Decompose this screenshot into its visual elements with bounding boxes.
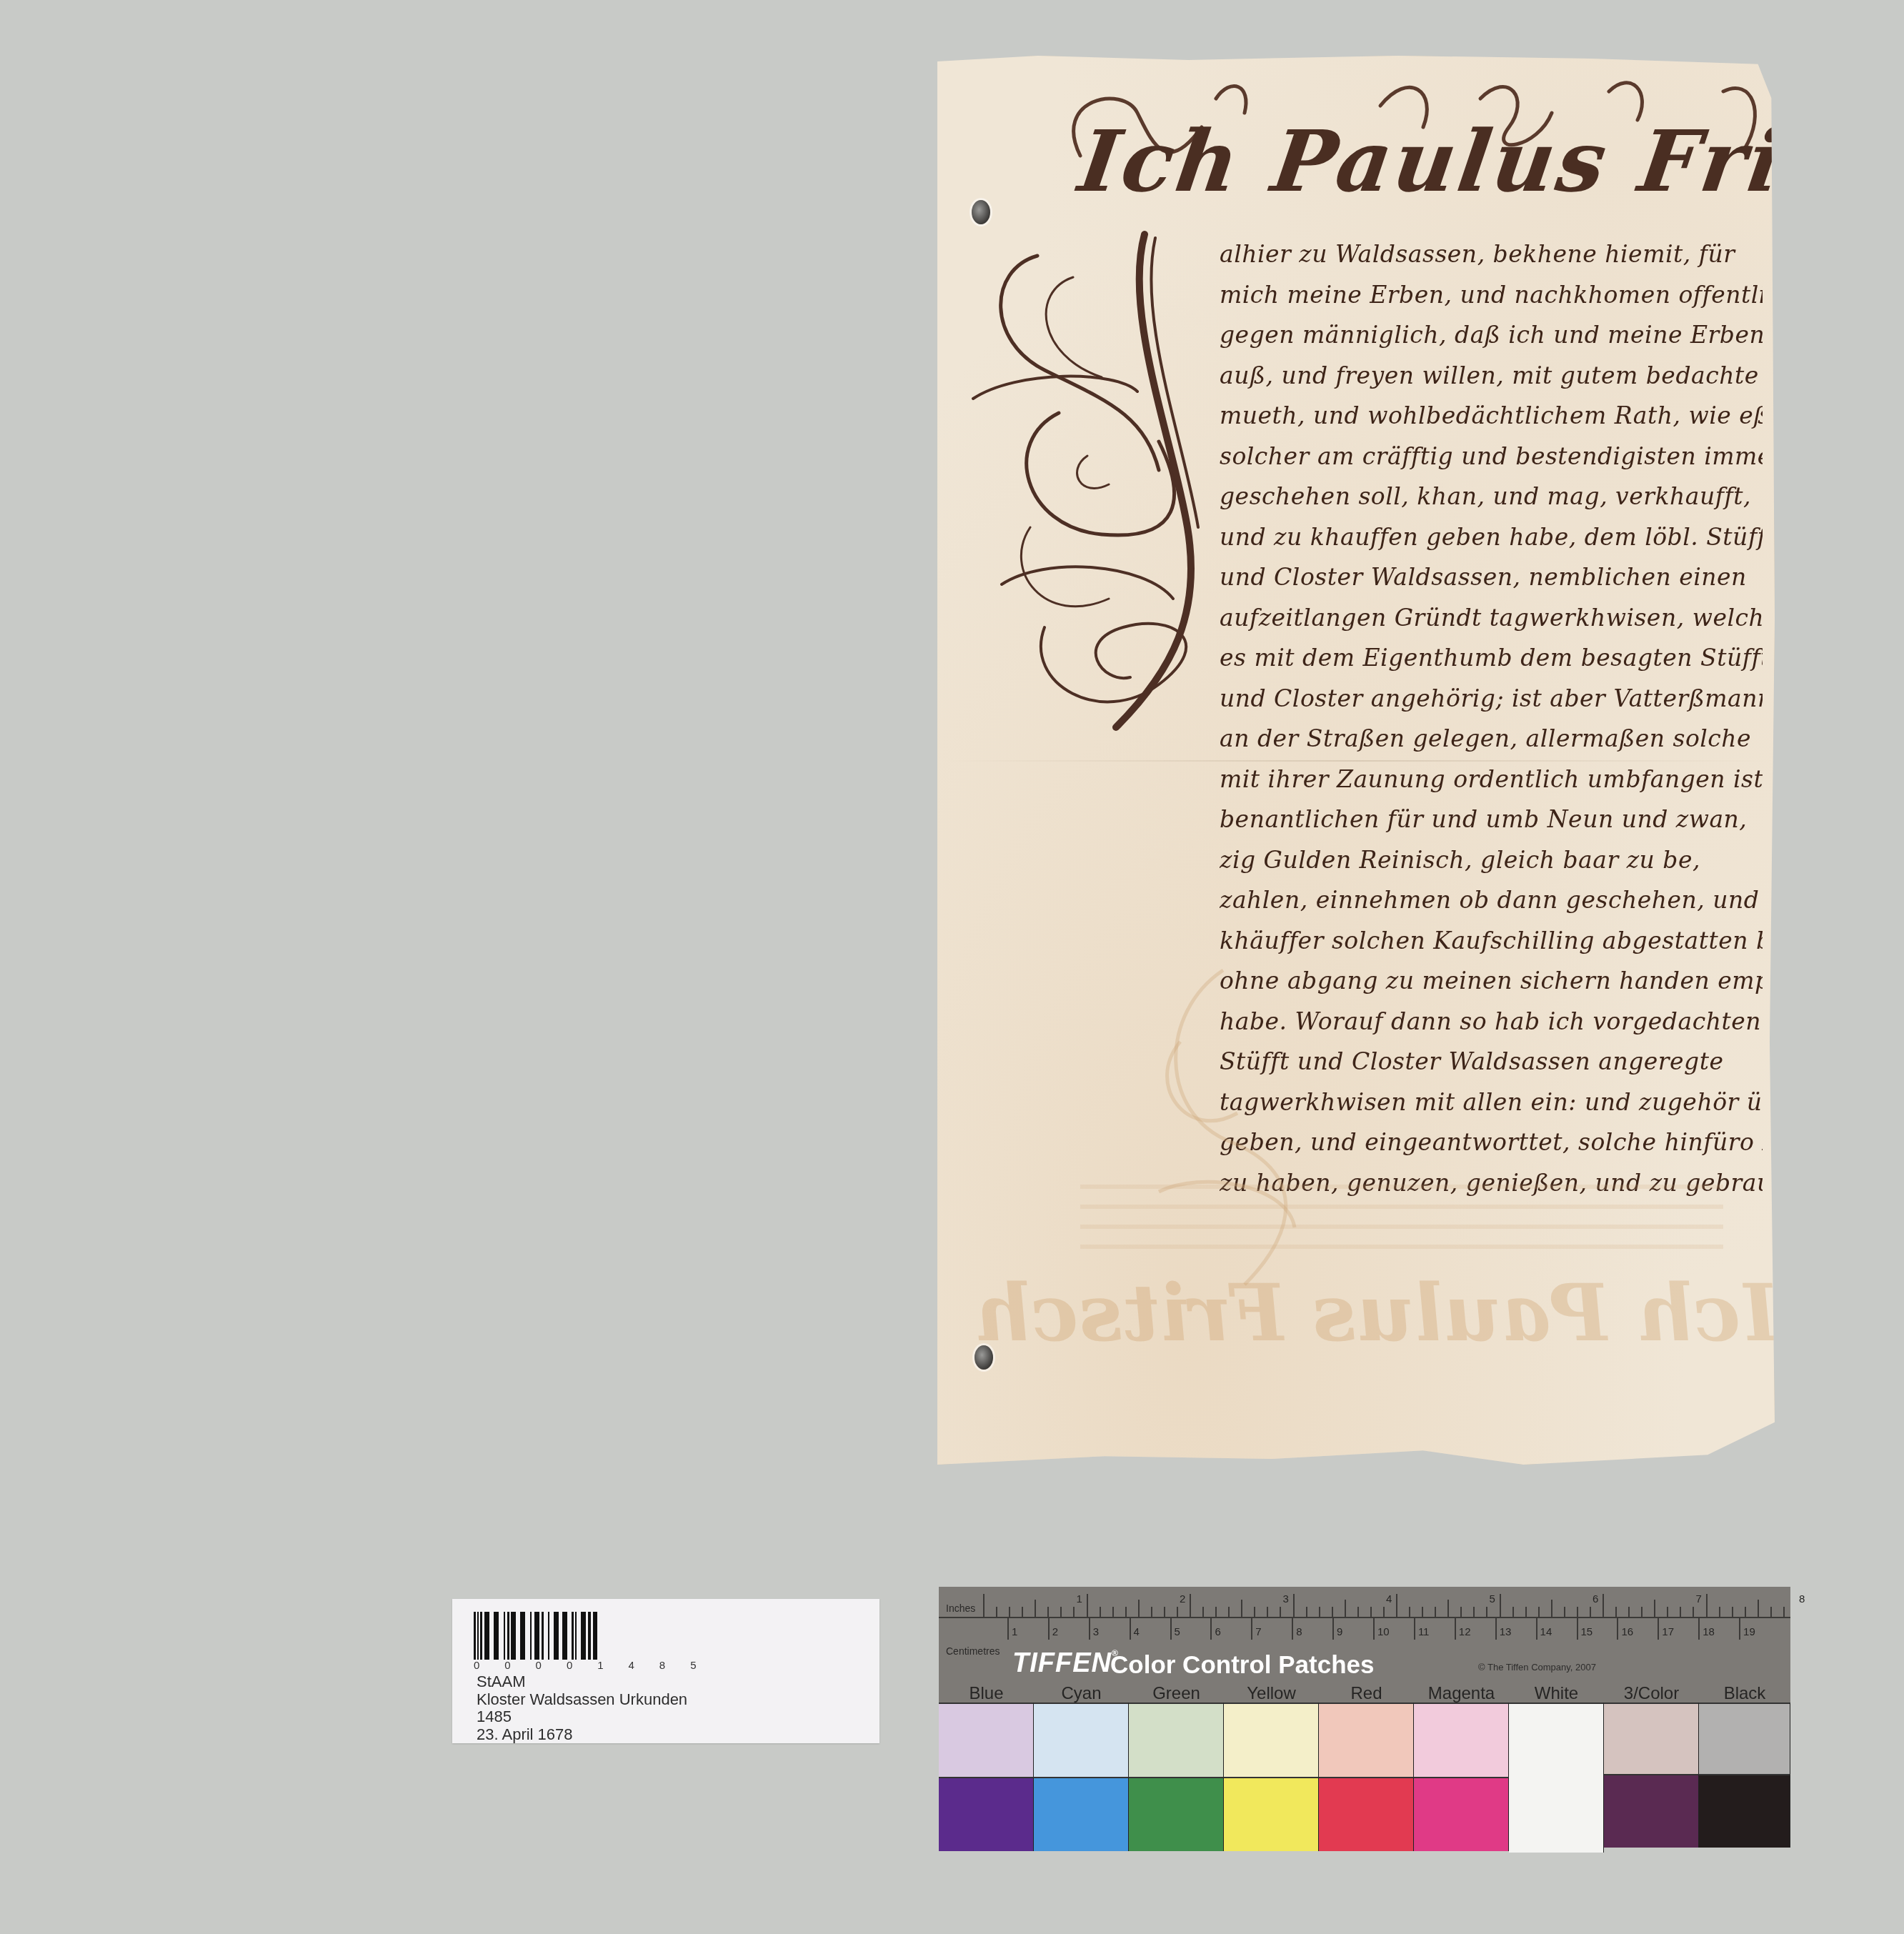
inch-tick — [1241, 1600, 1242, 1617]
inch-tick — [1035, 1600, 1036, 1617]
inch-tick — [1719, 1607, 1720, 1617]
cm-mark: 15 — [1581, 1627, 1593, 1638]
cm-mark: 3 — [1093, 1627, 1099, 1638]
cm-tick — [1048, 1618, 1050, 1640]
patch-3color-dark — [1604, 1774, 1699, 1848]
patch-magenta-dark — [1414, 1777, 1509, 1851]
manuscript-line: mueth, und wohlbedächtlichem Rath, wie e… — [1220, 396, 1763, 437]
barcode-icon — [474, 1612, 615, 1660]
manuscript-line: und zu khauffen geben habe, dem löbl. St… — [1220, 517, 1763, 558]
inch-tick — [1486, 1607, 1487, 1617]
inch-mark: 8 — [1799, 1594, 1805, 1605]
patch-cyan-light — [1034, 1703, 1129, 1777]
color-card-header: Inches Centimetres 12345678 123456789101… — [939, 1587, 1790, 1710]
inch-tick — [1228, 1607, 1230, 1617]
inch-tick — [1732, 1607, 1733, 1617]
cm-tick — [1251, 1618, 1252, 1640]
inch-tick — [1435, 1607, 1436, 1617]
inch-tick — [1512, 1607, 1514, 1617]
inch-mark: 3 — [1283, 1594, 1289, 1605]
manuscript-document: Ich Paulus Fritsch alhier zu Waldsassen,… — [937, 56, 1775, 1465]
patch-green-dark — [1129, 1777, 1224, 1851]
inch-tick — [1164, 1607, 1165, 1617]
cm-tick — [1577, 1618, 1578, 1640]
inch-tick — [1357, 1607, 1359, 1617]
inch-mark: 7 — [1696, 1594, 1702, 1605]
cm-mark: 11 — [1418, 1627, 1430, 1638]
inch-tick — [1022, 1607, 1023, 1617]
cm-mark: 8 — [1296, 1627, 1302, 1638]
inch-mark: 6 — [1593, 1594, 1598, 1605]
manuscript-line: aufzeitlangen Gründt tagwerkhwisen, welc… — [1220, 598, 1763, 639]
inch-mark: 4 — [1386, 1594, 1392, 1605]
manuscript-line: es mit dem Eigenthumb dem besagten Stüff… — [1220, 638, 1763, 679]
inch-tick — [1590, 1607, 1591, 1617]
patch-blue-light — [939, 1703, 1034, 1777]
manuscript-line: geschehen soll, khan, und mag, verkhauff… — [1220, 477, 1763, 517]
inch-tick — [1202, 1607, 1204, 1617]
inch-tick — [1577, 1607, 1578, 1617]
inch-tick — [1319, 1607, 1320, 1617]
inch-tick — [996, 1607, 997, 1617]
manuscript-line: zig Gulden Reinisch, gleich baar zu be, — [1220, 840, 1763, 881]
inch-tick — [1667, 1607, 1668, 1617]
inch-tick — [1538, 1607, 1540, 1617]
inch-tick — [1087, 1594, 1088, 1617]
label-archive: StAAM — [477, 1673, 687, 1691]
label-text: StAAM Kloster Waldsassen Urkunden 1485 2… — [477, 1673, 687, 1743]
patch-red-dark — [1319, 1777, 1414, 1851]
label-number: 1485 — [477, 1708, 687, 1726]
inch-tick — [1706, 1594, 1708, 1617]
inch-tick — [1654, 1600, 1655, 1617]
inch-tick — [1306, 1607, 1307, 1617]
cm-tick — [1617, 1618, 1618, 1640]
cm-mark: 17 — [1662, 1627, 1674, 1638]
tiffen-logo: TIFFEN® — [1012, 1648, 1119, 1679]
inch-tick — [1293, 1594, 1295, 1617]
label-collection: Kloster Waldsassen Urkunden — [477, 1691, 687, 1709]
cm-mark: 18 — [1703, 1627, 1715, 1638]
inch-tick — [1125, 1607, 1127, 1617]
archive-label: 0 0 0 0 1 4 8 5 StAAM Kloster Waldsassen… — [452, 1599, 879, 1743]
inch-tick — [1500, 1594, 1501, 1617]
patch-red-light — [1319, 1703, 1414, 1777]
bleed-through-lines — [1080, 1185, 1723, 1263]
inch-tick — [1151, 1607, 1152, 1617]
inch-tick — [1422, 1607, 1423, 1617]
inch-tick — [1370, 1607, 1372, 1617]
patch-blue-dark — [939, 1777, 1034, 1851]
inch-tick — [1267, 1607, 1268, 1617]
patch-black-light — [1699, 1703, 1790, 1774]
inch-tick — [1551, 1600, 1552, 1617]
cm-tick — [1210, 1618, 1212, 1640]
document-heading: Ich Paulus Fritsch — [1070, 90, 1776, 233]
manuscript-line: zahlen, einnehmen ob dann geschehen, und… — [1220, 880, 1763, 921]
inch-tick — [1177, 1607, 1178, 1617]
ruler-divider — [939, 1617, 1790, 1618]
cm-mark: 6 — [1215, 1627, 1220, 1638]
inch-tick — [1680, 1607, 1681, 1617]
label-date: 23. April 1678 — [477, 1726, 687, 1744]
patch-3color-light — [1604, 1703, 1699, 1774]
inch-tick — [1280, 1607, 1281, 1617]
inch-mark: 1 — [1077, 1594, 1082, 1605]
inch-tick — [1783, 1607, 1785, 1617]
color-calibration-card: Inches Centimetres 12345678 123456789101… — [937, 1582, 1792, 1855]
punch-hole-icon — [972, 200, 990, 224]
inch-tick — [1112, 1607, 1114, 1617]
inch-tick — [1254, 1607, 1255, 1617]
manuscript-line: und Closter angehörig; ist aber Vatterßm… — [1220, 679, 1763, 719]
barcode-digits: 0 0 0 0 1 4 8 5 — [474, 1660, 617, 1672]
patch-yellow-dark — [1224, 1777, 1319, 1851]
inch-tick — [1215, 1607, 1217, 1617]
cm-mark: 4 — [1134, 1627, 1140, 1638]
inch-tick — [1603, 1594, 1604, 1617]
inch-mark: 2 — [1180, 1594, 1185, 1605]
inch-tick — [1460, 1607, 1462, 1617]
manuscript-line: gegen männiglich, daß ich und meine Erbe… — [1220, 315, 1763, 356]
cm-tick — [1170, 1618, 1172, 1640]
cm-mark: 1 — [1012, 1627, 1017, 1638]
inch-tick — [1628, 1607, 1630, 1617]
manuscript-line: auß, und freyen willen, mit gutem bedach… — [1220, 356, 1763, 397]
cm-tick — [1292, 1618, 1293, 1640]
manuscript-line: an der Straßen gelegen, allermaßen solch… — [1220, 719, 1763, 759]
cm-tick — [1007, 1618, 1009, 1640]
inch-tick — [1345, 1600, 1346, 1617]
inch-tick — [1473, 1607, 1475, 1617]
inch-tick — [1047, 1607, 1049, 1617]
manuscript-line: und Closter Waldsassen, nemblichen einen — [1220, 557, 1763, 598]
inch-tick — [1564, 1607, 1565, 1617]
cm-tick — [1089, 1618, 1090, 1640]
cm-mark: 13 — [1500, 1627, 1512, 1638]
cm-mark: 9 — [1337, 1627, 1342, 1638]
inch-tick — [1758, 1600, 1759, 1617]
patch-magenta-light — [1414, 1703, 1509, 1777]
manuscript-line: mit ihrer Zaunung ordentlich umbfangen i… — [1220, 759, 1763, 800]
inch-tick — [1693, 1607, 1694, 1617]
manuscript-line: mich meine Erben, und nachkhomen offentl… — [1220, 275, 1763, 316]
inch-tick — [1409, 1607, 1410, 1617]
cm-tick — [1130, 1618, 1131, 1640]
cm-mark: 19 — [1743, 1627, 1755, 1638]
cm-tick — [1332, 1618, 1334, 1640]
card-copyright: © The Tiffen Company, 2007 — [1478, 1662, 1596, 1673]
ruler-centimetres-label: Centimetres — [946, 1645, 1000, 1657]
patch-yellow-light — [1224, 1703, 1319, 1777]
inch-tick — [1009, 1607, 1010, 1617]
cm-mark: 2 — [1052, 1627, 1058, 1638]
inch-tick — [1332, 1607, 1333, 1617]
cm-tick — [1373, 1618, 1375, 1640]
inch-tick — [1641, 1607, 1643, 1617]
patch-cyan-dark — [1034, 1777, 1129, 1851]
manuscript-line: benantlichen für und umb Neun und zwan, — [1220, 799, 1763, 840]
cm-mark: 16 — [1621, 1627, 1633, 1638]
cm-tick — [1455, 1618, 1456, 1640]
inch-tick — [1073, 1607, 1075, 1617]
cm-mark: 5 — [1175, 1627, 1180, 1638]
inch-tick — [983, 1594, 985, 1617]
cm-tick — [1739, 1618, 1740, 1640]
patch-white — [1509, 1703, 1604, 1853]
cm-tick — [1536, 1618, 1537, 1640]
manuscript-line: solcher am cräfftig und bestendigisten i… — [1220, 437, 1763, 477]
inch-tick — [1745, 1607, 1746, 1617]
cm-tick — [1414, 1618, 1415, 1640]
inch-mark: 5 — [1490, 1594, 1495, 1605]
inch-tick — [1138, 1600, 1140, 1617]
patch-green-light — [1129, 1703, 1224, 1777]
manuscript-line: alhier zu Waldsassen, bekhene hiemit, fü… — [1220, 234, 1763, 275]
inch-tick — [1525, 1607, 1527, 1617]
color-patches — [939, 1703, 1790, 1854]
inch-tick — [1396, 1594, 1397, 1617]
brand-name: TIFFEN — [1012, 1648, 1112, 1678]
bleed-through-text: Ich Paulus Fritsch — [1028, 1270, 1783, 1449]
cm-tick — [1658, 1618, 1659, 1640]
decorative-initial-icon — [959, 227, 1230, 742]
card-title: Color Control Patches — [1110, 1651, 1374, 1680]
inch-tick — [1190, 1594, 1191, 1617]
cm-mark: 12 — [1459, 1627, 1471, 1638]
ruler-inches-label: Inches — [946, 1602, 975, 1614]
inch-tick — [1447, 1600, 1449, 1617]
inch-tick — [1100, 1607, 1101, 1617]
cm-mark: 14 — [1540, 1627, 1552, 1638]
inch-tick — [1770, 1607, 1772, 1617]
patch-black-dark — [1699, 1774, 1790, 1848]
manuscript-line: khäuffer solchen Kaufschilling abgestatt… — [1220, 921, 1763, 962]
inch-tick — [1383, 1607, 1385, 1617]
cm-mark: 10 — [1377, 1627, 1390, 1638]
inch-tick — [1615, 1607, 1617, 1617]
cm-mark: 7 — [1255, 1627, 1261, 1638]
cm-tick — [1495, 1618, 1497, 1640]
inch-tick — [1060, 1607, 1062, 1617]
cm-tick — [1698, 1618, 1700, 1640]
